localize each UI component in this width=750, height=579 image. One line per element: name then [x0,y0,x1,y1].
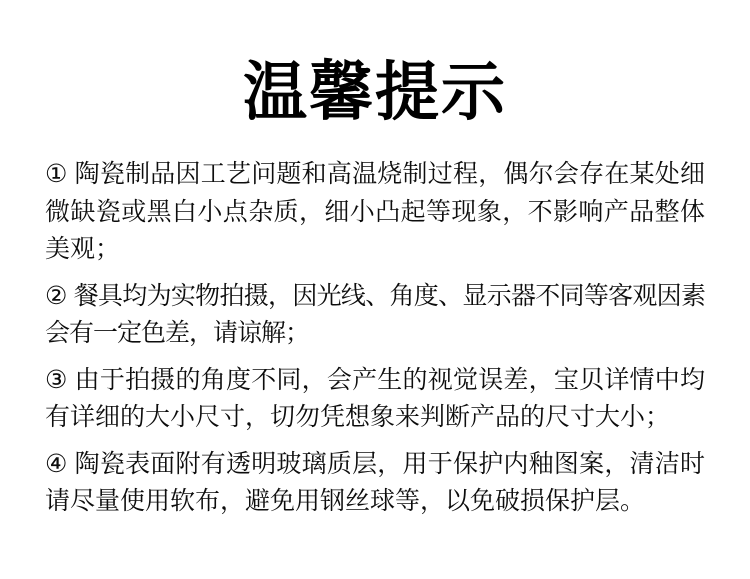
notice-text-1: 陶瓷制品因工艺问题和高温烧制过程，偶尔会存在某处细微缺瓷或黑白小点杂质，细小凸起… [45,160,705,263]
notice-item-4: ④陶瓷表面附有透明玻璃质层，用于保护内釉图案，清洁时请尽量使用软布，避免用钢丝球… [45,446,705,521]
notice-text-3: 由于拍摄的角度不同，会产生的视觉误差，宝贝详情中均有详细的大小尺寸，切勿凭想象来… [45,366,705,432]
notice-number-1: ① [45,160,68,188]
notice-number-4: ④ [45,450,68,478]
notice-item-3: ③由于拍摄的角度不同，会产生的视觉误差，宝贝详情中均有详细的大小尺寸，切勿凭想象… [45,362,705,437]
notice-text-2: 餐具均为实物拍摄，因光线、角度、显示器不同等客观因素会有一定色差，请谅解； [45,282,705,348]
notice-item-1: ①陶瓷制品因工艺问题和高温烧制过程，偶尔会存在某处细微缺瓷或黑白小点杂质，细小凸… [45,156,705,269]
notice-text-4: 陶瓷表面附有透明玻璃质层，用于保护内釉图案，清洁时请尽量使用软布，避免用钢丝球等… [45,450,705,516]
notice-item-2: ②餐具均为实物拍摄，因光线、角度、显示器不同等客观因素会有一定色差，请谅解； [45,278,705,353]
notice-number-2: ② [45,282,67,310]
page-title: 温馨提示 [0,0,750,126]
warm-tips-notice-page: 温馨提示 ①陶瓷制品因工艺问题和高温烧制过程，偶尔会存在某处细微缺瓷或黑白小点杂… [0,0,750,579]
notice-list: ①陶瓷制品因工艺问题和高温烧制过程，偶尔会存在某处细微缺瓷或黑白小点杂质，细小凸… [0,156,750,521]
notice-number-3: ③ [45,366,68,394]
